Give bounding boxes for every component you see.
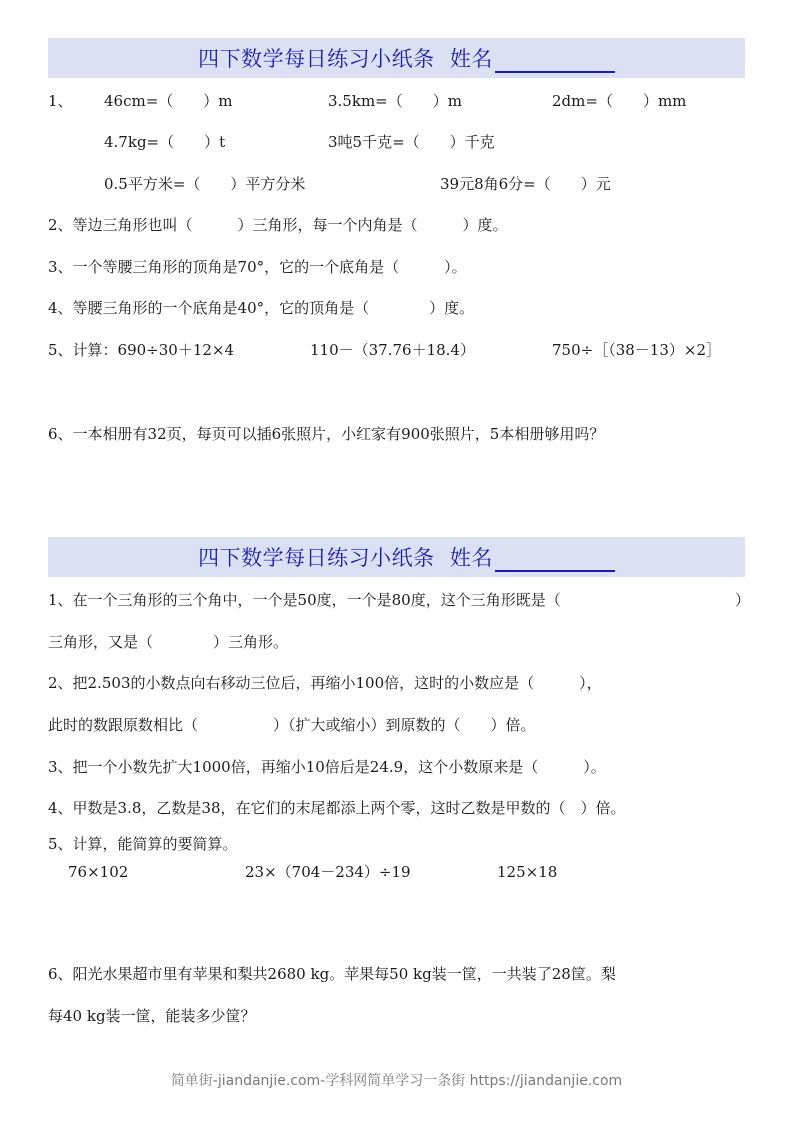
- sheet2-question-3: 3、把一个小数先扩大1000倍，再缩小10倍后是24.9，这个小数原来是（ ）。: [48, 757, 606, 777]
- q1-item: 39元8角6分=（ ）元: [440, 174, 611, 194]
- sheet2-title: 四下数学每日练习小纸条 姓名: [198, 542, 615, 572]
- q1-item: 3.5km=（ ）m: [328, 91, 462, 111]
- q5-label-expr1: 5、计算：690÷30＋12×4: [48, 340, 234, 360]
- sheet1-title: 四下数学每日练习小纸条 姓名: [198, 43, 615, 73]
- q2-line1: 2、把2.503的小数点向右移动三位后，再缩小100倍，这时的小数应是（ ），: [48, 673, 602, 693]
- q1-item: 2dm=（ ）mm: [552, 91, 686, 111]
- q1-line1: 1、在一个三角形的三个角中，一个是50度，一个是80度，这个三角形既是（: [48, 590, 561, 610]
- q6-line1: 6、阳光水果超市里有苹果和梨共2680 kg。苹果每50 kg装一筐，一共装了2…: [48, 964, 616, 984]
- q1-item: 46cm=（ ）m: [104, 91, 233, 111]
- name-blank-field[interactable]: [495, 53, 615, 73]
- q5-label: 5、计算，能简算的要简算。: [48, 834, 238, 854]
- sheet1-question-4: 4、等腰三角形的一个底角是40°，它的顶角是（ ）度。: [48, 298, 474, 318]
- name-label: 姓名: [450, 47, 493, 71]
- sheet1-question-2: 2、等边三角形也叫（ ）三角形，每一个内角是（ ）度。: [48, 215, 508, 235]
- sheet1-header-band: 四下数学每日练习小纸条 姓名: [48, 38, 745, 78]
- q5-expr2: 110－（37.76＋18.4）: [310, 340, 475, 360]
- q1-item: 0.5平方米=（ ）平方分米: [104, 174, 305, 194]
- sheet2-header-band: 四下数学每日练习小纸条 姓名: [48, 537, 745, 577]
- q5-expr: 125×18: [497, 862, 557, 882]
- q1-line2: 三角形，又是（ ）三角形。: [48, 632, 288, 652]
- q5-expr3: 750÷［（38－13）×2］: [552, 340, 721, 360]
- q6-line2: 每40 kg装一筐，能装多少筐？: [48, 1006, 256, 1026]
- question-number: 1、: [48, 91, 73, 111]
- q1-item: 3吨5千克=（ ）千克: [328, 132, 495, 152]
- q2-line2: 此时的数跟原数相比（ ）（扩大或缩小）到原数的（ ）倍。: [48, 715, 536, 735]
- footer-watermark: 简单街-jiandanjie.com-学科网简单学习一条街 https://ji…: [0, 1070, 793, 1090]
- sheet1-question-3: 3、一个等腰三角形的顶角是70°，它的一个底角是（ ）。: [48, 257, 467, 277]
- q1-item: 4.7kg=（ ）t: [104, 132, 225, 152]
- sheet1-question-6: 6、一本相册有32页，每页可以插6张照片，小红家有900张照片，5本相册够用吗？: [48, 424, 604, 444]
- q5-expr: 23×（704－234）÷19: [245, 862, 411, 882]
- name-label: 姓名: [450, 546, 493, 570]
- sheet2-question-4: 4、甲数是3.8，乙数是38，在它们的末尾都添上两个零，这时乙数是甲数的（ ）倍…: [48, 798, 626, 818]
- q1-line1-close: ）: [735, 590, 750, 610]
- q5-expr: 76×102: [68, 862, 128, 882]
- name-blank-field[interactable]: [495, 552, 615, 572]
